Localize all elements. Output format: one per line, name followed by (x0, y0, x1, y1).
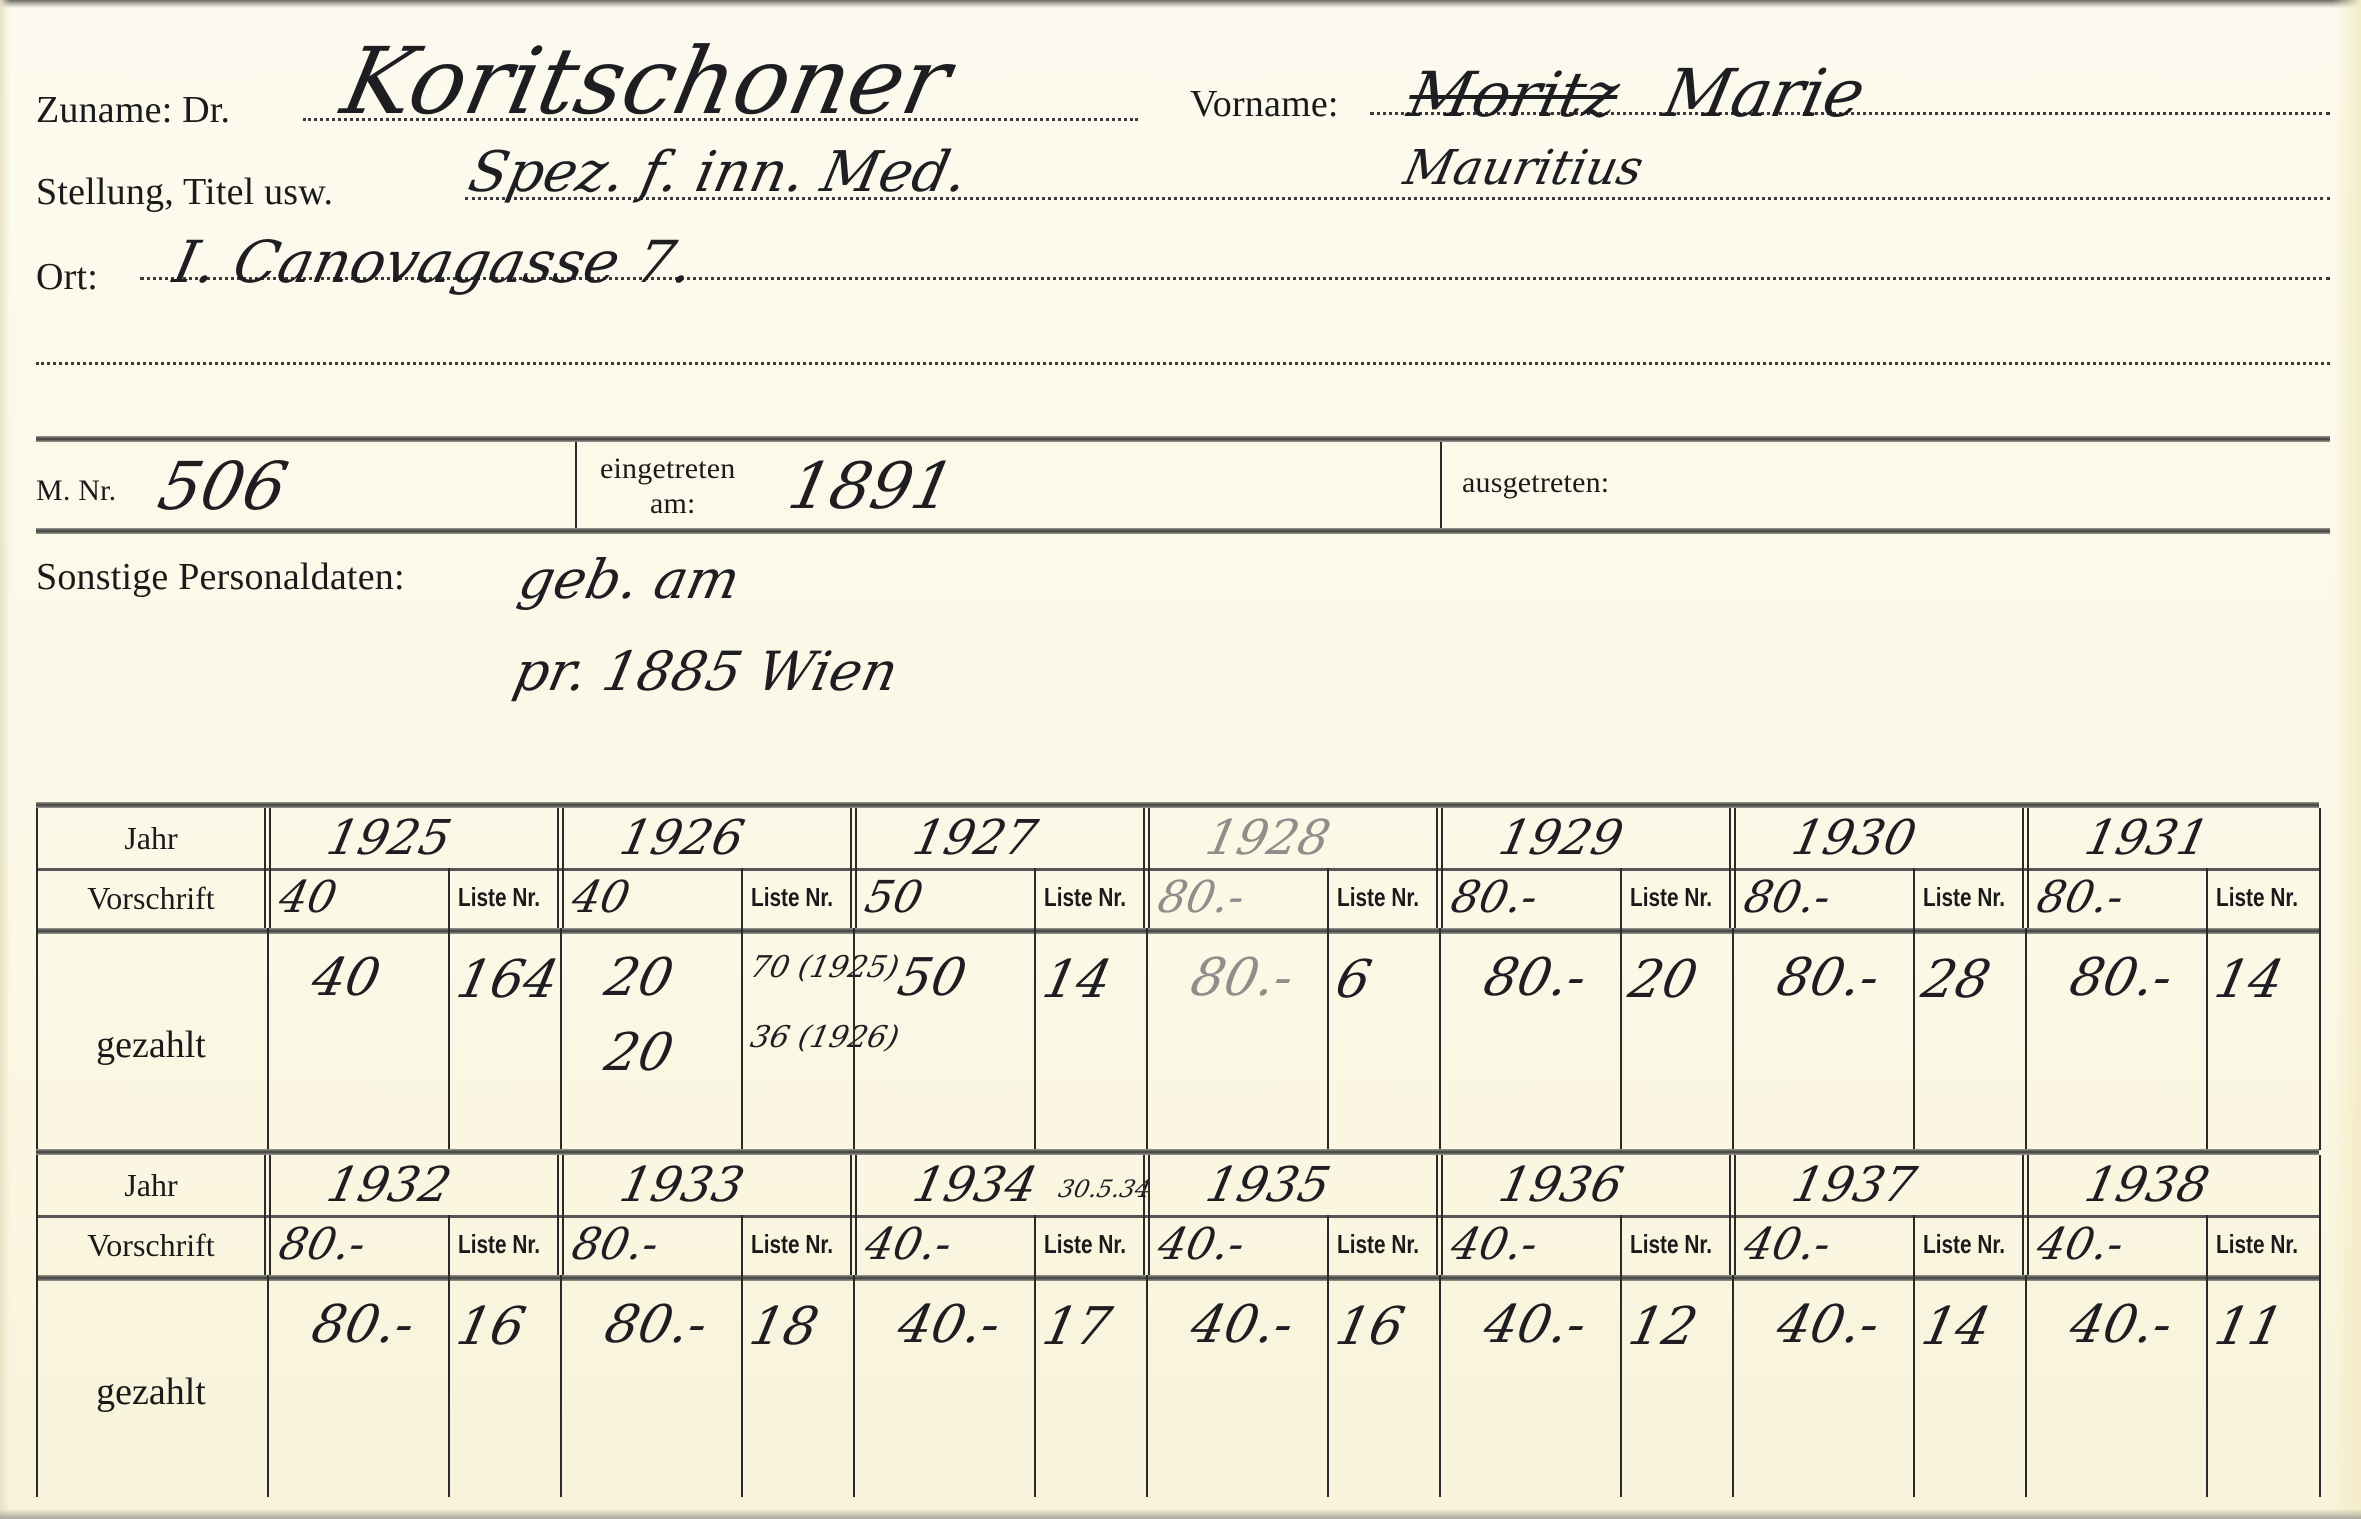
liste-nr-value: 20 (1624, 950, 1703, 1010)
year-column-divider (1143, 808, 1150, 928)
year-value: 1928 (1201, 810, 1335, 866)
liste-nr-value: 36 (1926) (747, 1020, 902, 1055)
liste-nr-value: 17 (1038, 1297, 1117, 1357)
liste-nr-label: Liste Nr. (751, 1229, 833, 1260)
gezahlt-value: 80.- (1772, 948, 1885, 1008)
liste-nr-value: 70 (1925) (747, 950, 902, 985)
vorschrift-label: Vorschrift (36, 880, 266, 917)
membership-divider-2 (1440, 442, 1442, 528)
vorname-value: Marie (1657, 55, 1872, 132)
year-value: 1936 (1494, 1157, 1628, 1213)
gezahlt-value: 40.- (1772, 1295, 1885, 1355)
liste-nr-label: Liste Nr. (751, 882, 833, 913)
gezahlt-value: 20 (600, 1023, 679, 1083)
jahr-row-rule (36, 1215, 2319, 1218)
year-value: 1934 (908, 1157, 1042, 1213)
zuname-label: Zuname: Dr. (36, 88, 230, 132)
year-column-divider (557, 808, 564, 928)
liste-nr-value: 14 (2210, 950, 2289, 1010)
liste-column-divider (1034, 1215, 1036, 1497)
liste-column-divider (741, 868, 743, 1150)
card-bottom-edge (0, 1509, 2361, 1519)
liste-nr-value: 16 (452, 1297, 531, 1357)
year-column-divider (1729, 808, 1736, 928)
year-column-divider (2025, 1275, 2027, 1497)
year-value: 1937 (1787, 1157, 1921, 1213)
year-column-divider (1439, 928, 1441, 1150)
ort-value: I. Canovagasse 7. (168, 228, 700, 296)
ausgetreten-label: ausgetreten: (1462, 466, 1609, 500)
vorschrift-value: 80.- (2033, 872, 2129, 923)
liste-column-divider (1620, 1215, 1622, 1497)
gezahlt-value: 80.- (600, 1295, 713, 1355)
liste-nr-label: Liste Nr. (1923, 882, 2005, 913)
m-nr-label: M. Nr. (36, 474, 116, 508)
vorschrift-value: 40 (568, 872, 635, 923)
card-top-edge (0, 0, 2361, 8)
liste-nr-value: 11 (2210, 1297, 2289, 1357)
sonstige-label: Sonstige Personaldaten: (36, 555, 405, 599)
liste-nr-value: 14 (1038, 950, 1117, 1010)
liste-nr-value: 16 (1331, 1297, 1410, 1357)
liste-column-divider (448, 868, 450, 1150)
vorschrift-row-rule (36, 1275, 2319, 1281)
year-value: 1929 (1494, 810, 1628, 866)
liste-column-divider (1034, 868, 1036, 1150)
vorschrift-value: 40.- (861, 1219, 957, 1270)
card-right-edge (2333, 0, 2361, 1519)
gezahlt-value: 80.- (1479, 948, 1592, 1008)
year-column-divider (2022, 1155, 2029, 1275)
table-top-rule (36, 802, 2319, 808)
liste-nr-label: Liste Nr. (1044, 1229, 1126, 1260)
liste-nr-label: Liste Nr. (1923, 1229, 2005, 1260)
year-column-divider (1436, 808, 1443, 928)
year-value: 1927 (908, 810, 1042, 866)
vorschrift-value: 40.- (1154, 1219, 1250, 1270)
vorname-alt-value: Mauritius (1399, 140, 1648, 196)
gezahlt-value: 40.- (1479, 1295, 1592, 1355)
liste-column-divider (1620, 868, 1622, 1150)
liste-column-divider (2206, 1215, 2208, 1497)
gezahlt-value: 80.- (307, 1295, 420, 1355)
liste-nr-label: Liste Nr. (1044, 882, 1126, 913)
vorschrift-row-rule (36, 928, 2319, 934)
year-value: 1931 (2080, 810, 2214, 866)
table-left-border (36, 1155, 38, 1497)
vorschrift-value: 40.- (1740, 1219, 1836, 1270)
jahr-row-rule (36, 868, 2319, 871)
gezahlt-label: gezahlt (36, 1023, 266, 1067)
liste-nr-value: 6 (1331, 950, 1377, 1010)
liste-column-divider (1913, 868, 1915, 1150)
year-value: 1933 (615, 1157, 749, 1213)
vorschrift-value: 40.- (1447, 1219, 1543, 1270)
liste-nr-value: 12 (1624, 1297, 1703, 1357)
gezahlt-value: 50 (893, 948, 972, 1008)
vorschrift-value: 40.- (2033, 1219, 2129, 1270)
vorschrift-value: 80.- (1740, 872, 1836, 923)
liste-nr-label: Liste Nr. (2216, 882, 2298, 913)
liste-nr-label: Liste Nr. (458, 1229, 540, 1260)
liste-nr-label: Liste Nr. (1337, 882, 1419, 913)
year-column-divider (853, 928, 855, 1150)
liste-column-divider (448, 1215, 450, 1497)
year-column-divider (267, 1275, 269, 1497)
vorname-label: Vorname: (1190, 82, 1339, 126)
liste-column-divider (2206, 868, 2208, 1150)
membership-divider-1 (575, 442, 577, 528)
vorschrift-value: 80.- (275, 1219, 371, 1270)
liste-nr-value: 28 (1917, 950, 1996, 1010)
year-column-divider (264, 808, 271, 928)
membership-bottom-rule (36, 528, 2330, 534)
liste-nr-label: Liste Nr. (1630, 1229, 1712, 1260)
vorschrift-value: 40 (275, 872, 342, 923)
year-column-divider (1143, 1155, 1150, 1275)
vorname-struck-value: Moritz (1402, 58, 1625, 131)
year-column-divider (560, 928, 562, 1150)
membership-top-rule (36, 436, 2330, 442)
year-column-divider (560, 1275, 562, 1497)
zuname-value: Koritschoner (334, 28, 960, 135)
table-right-border (2319, 1155, 2321, 1497)
vorschrift-value: 50 (861, 872, 928, 923)
vorschrift-value: 80.- (1447, 872, 1543, 923)
year-column-divider (853, 1275, 855, 1497)
liste-column-divider (1327, 868, 1329, 1150)
eingetreten-label-line1: eingetreten (600, 452, 735, 486)
gezahlt-label: gezahlt (36, 1370, 266, 1414)
jahr-label: Jahr (36, 1167, 266, 1204)
year-value: 1935 (1201, 1157, 1335, 1213)
eingetreten-label-line2: am: (650, 487, 696, 521)
liste-column-divider (1913, 1215, 1915, 1497)
table-left-border (36, 808, 38, 1150)
year-column-divider (1439, 1275, 1441, 1497)
card-left-edge (0, 0, 10, 1519)
year-column-divider (1732, 928, 1734, 1150)
stellung-label: Stellung, Titel usw. (36, 170, 333, 214)
liste-column-divider (1327, 1215, 1329, 1497)
year-value: 1932 (322, 1157, 456, 1213)
liste-nr-value: 164 (452, 950, 564, 1010)
ort-label: Ort: (36, 255, 98, 299)
year-column-divider (2022, 808, 2029, 928)
gezahlt-value: 40 (307, 948, 386, 1008)
vorschrift-label: Vorschrift (36, 1227, 266, 1264)
year-value: 1926 (615, 810, 749, 866)
sonstige-value-line1: geb. am (513, 548, 745, 611)
table-top-rule (36, 1149, 2319, 1155)
year-column-divider (1146, 928, 1148, 1150)
table-right-border (2319, 808, 2321, 1150)
year-value: 1938 (2080, 1157, 2214, 1213)
year-note: 30.5.34 (1056, 1175, 1154, 1203)
liste-nr-value: 14 (1917, 1297, 1996, 1357)
year-column-divider (1146, 1275, 1148, 1497)
year-column-divider (850, 1155, 857, 1275)
jahr-label: Jahr (36, 820, 266, 857)
year-column-divider (267, 928, 269, 1150)
gezahlt-value: 20 (600, 948, 679, 1008)
vorschrift-value: 80.- (568, 1219, 664, 1270)
year-column-divider (2025, 928, 2027, 1150)
gezahlt-value: 80.- (1186, 948, 1299, 1008)
year-column-divider (557, 1155, 564, 1275)
liste-nr-label: Liste Nr. (1337, 1229, 1419, 1260)
year-column-divider (850, 808, 857, 928)
vorschrift-value: 80.- (1154, 872, 1250, 923)
stellung-value: Spez. f. inn. Med. (463, 140, 973, 205)
liste-column-divider (741, 1215, 743, 1497)
eingetreten-value: 1891 (782, 450, 961, 524)
m-nr-value: 506 (152, 448, 294, 525)
liste-nr-value: 18 (745, 1297, 824, 1357)
year-column-divider (264, 1155, 271, 1275)
year-value: 1925 (322, 810, 456, 866)
gezahlt-value: 40.- (1186, 1295, 1299, 1355)
year-column-divider (1436, 1155, 1443, 1275)
year-column-divider (1732, 1275, 1734, 1497)
gezahlt-value: 40.- (893, 1295, 1006, 1355)
liste-nr-label: Liste Nr. (2216, 1229, 2298, 1260)
sonstige-value-line2: pr. 1885 Wien (508, 640, 903, 703)
year-column-divider (1729, 1155, 1736, 1275)
gezahlt-value: 80.- (2065, 948, 2178, 1008)
gezahlt-value: 40.- (2065, 1295, 2178, 1355)
liste-nr-label: Liste Nr. (1630, 882, 1712, 913)
membership-index-card: Zuname: Dr. Koritschoner Vorname: Moritz… (0, 0, 2361, 1519)
liste-nr-label: Liste Nr. (458, 882, 540, 913)
year-value: 1930 (1787, 810, 1921, 866)
blank-line (36, 362, 2330, 365)
